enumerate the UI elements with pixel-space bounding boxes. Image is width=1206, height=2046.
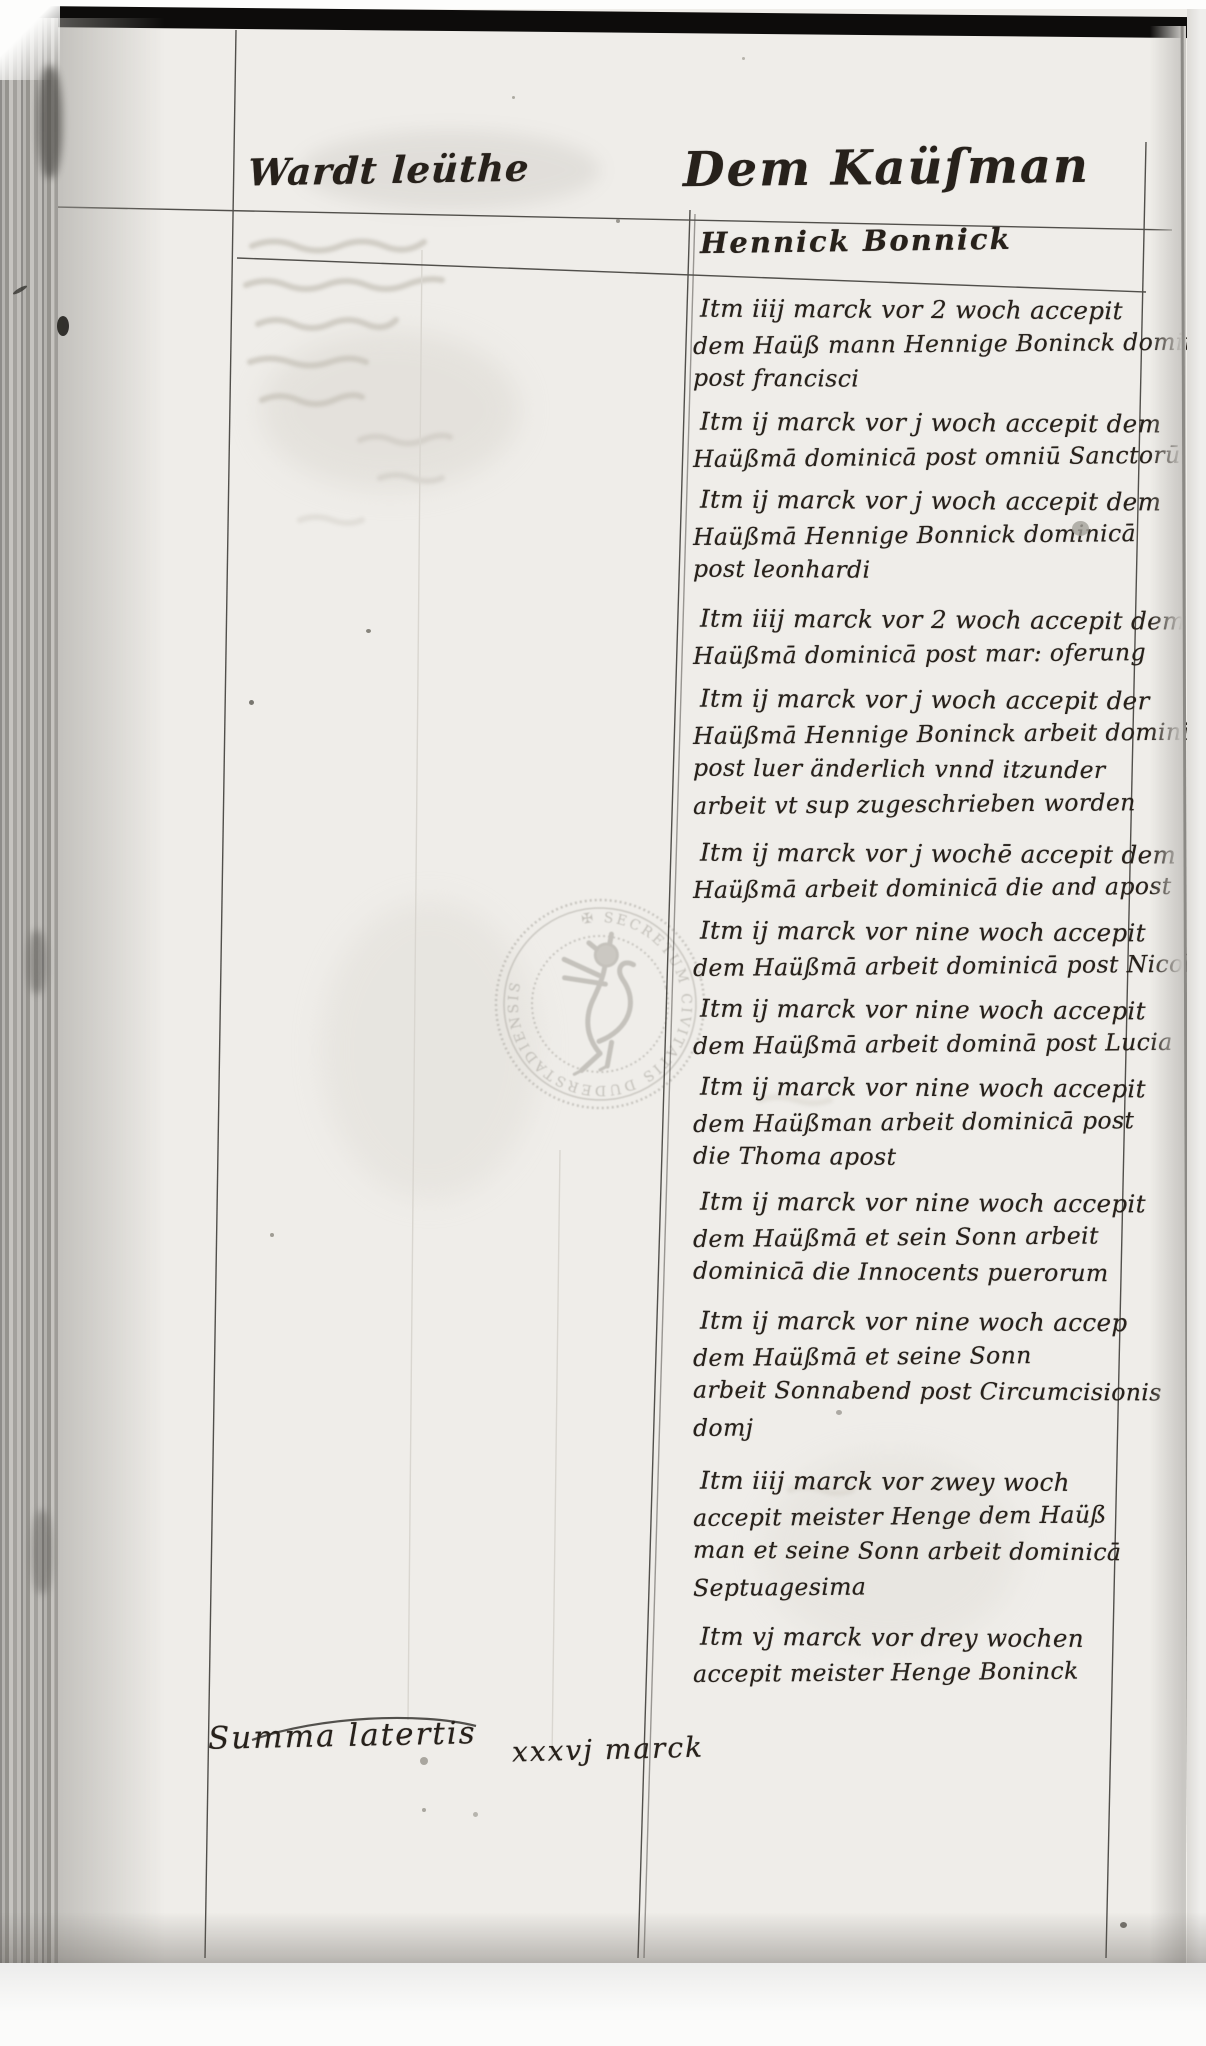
ledger-entry: Itm ij marck vor nine woch accepitdem Ha… xyxy=(693,992,1161,1062)
handwritten-line: Itm ij marck vor nine woch accepit xyxy=(693,1069,1161,1107)
scan-background-bottom xyxy=(0,1963,1206,2046)
dust-speck xyxy=(270,1233,274,1237)
handwritten-line: Haüßmā Hennige Bonnick dominicā xyxy=(693,516,1161,555)
dust-speck xyxy=(422,1808,426,1812)
handwritten-line: dem Haüß mann Hennige Boninck domin xyxy=(693,325,1161,364)
dust-speck xyxy=(512,96,515,99)
handwritten-line: post francisci xyxy=(693,361,1161,399)
ledger-entry: Itm iiij marck vor 2 woch accepitdem Haü… xyxy=(693,292,1161,397)
handwritten-line: dem Haüßmā arbeit dominicā post Nicol xyxy=(693,947,1161,986)
handwritten-line: Haüßmā dominicā post mar: oferung xyxy=(693,635,1161,674)
dust-speck xyxy=(249,700,254,705)
lion-emblem xyxy=(544,931,657,1076)
ledger-entry: Itm iiij marck vor 2 woch accepit demHaü… xyxy=(693,602,1161,672)
page-bottom-shadow xyxy=(0,1912,1206,1964)
dust-speck xyxy=(1120,1922,1127,1928)
handwritten-line: Itm iiij marck vor 2 woch accepit dem xyxy=(693,601,1161,639)
handwritten-line: Itm ij marck vor j woch accepit der xyxy=(693,681,1161,719)
gutter-shadow xyxy=(1150,26,1186,1966)
subheader-name: Hennick Bonnick xyxy=(700,222,1012,260)
ledger-entry: Itm iiij marck vor zwey wochaccepit meis… xyxy=(693,1464,1161,1604)
ledger-entry: Itm ij marck vor j wochē accepit demHaüß… xyxy=(693,836,1161,906)
dust-speck xyxy=(742,57,745,60)
handwritten-line: domj xyxy=(693,1407,1161,1446)
handwritten-line: post luer änderlich vnnd itzunder xyxy=(693,751,1161,789)
handwritten-line: dominicā die Innocents puerorum xyxy=(693,1254,1161,1292)
ledger-entry: Itm ij marck vor nine woch accepitdem Ha… xyxy=(693,1185,1161,1290)
dust-speck xyxy=(1072,521,1089,536)
ledger-entry: Itm ij marck vor j woch accepit derHaüßm… xyxy=(693,682,1161,822)
left-margin-rule xyxy=(205,30,236,1958)
handwritten-line: Itm ij marck vor j woch accepit dem xyxy=(693,404,1161,442)
next-page-sliver xyxy=(1187,9,1206,2046)
handwritten-line: Itm ij marck vor nine woch accepit xyxy=(693,913,1161,951)
handwritten-line: dem Haüßman arbeit dominicā post xyxy=(693,1103,1161,1142)
handwritten-line: dem Haüßmā et seine Sonn xyxy=(693,1337,1161,1376)
handwritten-line: accepit meister Henge dem Haüß xyxy=(693,1497,1161,1536)
header-right: Dem Kaüſman xyxy=(683,138,1090,198)
handwritten-line: Itm vj marck vor drey wochen xyxy=(693,1619,1161,1657)
ledger-entry: Itm ij marck vor nine woch accepitdem Ha… xyxy=(693,1070,1161,1175)
binding-stain xyxy=(38,66,62,178)
binding-stain xyxy=(32,1510,52,1594)
handwritten-line: Itm iiij marck vor zwey woch xyxy=(693,1463,1161,1501)
handwritten-line: die Thoma apost xyxy=(693,1139,1161,1177)
handwritten-line: arbeit Sonnabend post Circumcisionis xyxy=(693,1373,1161,1411)
handwritten-line: Septuagesima xyxy=(693,1567,1161,1606)
handwritten-line: post leonhardi xyxy=(693,552,1161,590)
paper-crease xyxy=(408,250,560,1760)
ledger-entry: Itm ij marck vor nine woch accepdem Haüß… xyxy=(693,1304,1161,1444)
dust-speck xyxy=(57,316,69,336)
header-left: Wardt leüthe xyxy=(247,146,531,195)
handwritten-line: Haüßmā Hennige Boninck arbeit dominicā xyxy=(693,715,1161,754)
handwritten-line: man et seine Sonn arbeit dominicā xyxy=(693,1533,1161,1571)
ledger-entry: Itm ij marck vor j woch accepit demHaüßm… xyxy=(693,405,1161,475)
dust-speck xyxy=(836,1410,842,1415)
handwritten-line: dem Haüßmā arbeit dominā post Lucia xyxy=(693,1025,1161,1064)
ledger-entry: Itm ij marck vor j woch accepit demHaüßm… xyxy=(693,483,1161,588)
seal-legend: ✠ SECRETUM CIVITATIS DUDERSTADIENSIS xyxy=(486,890,715,1119)
city-seal: ✠ SECRETUM CIVITATIS DUDERSTADIENSIS xyxy=(474,878,726,1130)
ledger-entries: Itm iiij marck vor 2 woch accepitdem Haü… xyxy=(693,292,1161,1690)
dust-speck xyxy=(616,219,620,223)
handwritten-line: Itm ij marck vor nine woch accep xyxy=(693,1303,1161,1341)
handwritten-line: Itm ij marck vor nine woch accepit xyxy=(693,1184,1161,1222)
ledger-entry: Itm vj marck vor drey wochenaccepit meis… xyxy=(693,1620,1161,1690)
binding-shadow xyxy=(54,18,184,1963)
binding-stain xyxy=(28,930,46,994)
handwritten-line: Itm ij marck vor j woch accepit dem xyxy=(693,482,1161,520)
page-scan: ✠ SECRETUM CIVITATIS DUDERSTADIENSIS xyxy=(0,0,1206,2046)
handwritten-line: Haüßmā arbeit dominicā die and apost xyxy=(693,869,1161,908)
handwritten-line: Haüßmā dominicā post omniū Sanctorū xyxy=(693,438,1161,477)
handwritten-line: dem Haüßmā et sein Sonn arbeit xyxy=(693,1218,1161,1257)
binding-edge xyxy=(0,18,58,1963)
dust-speck xyxy=(366,629,371,633)
dust-speck xyxy=(473,1812,478,1817)
handwritten-line: accepit meister Henge Boninck xyxy=(693,1653,1161,1692)
summary-amount: xxxvj marck xyxy=(512,1730,705,1768)
column-divider-2 xyxy=(644,214,695,1958)
handwritten-line: arbeit vt sup zugeschrieben worden xyxy=(693,785,1161,824)
summary-label: Summa latertis xyxy=(208,1715,477,1757)
handwritten-line: Itm ij marck vor nine woch accepit xyxy=(693,991,1161,1029)
ledger-entry: Itm ij marck vor nine woch accepitdem Ha… xyxy=(693,914,1161,984)
handwritten-line: Itm iiij marck vor 2 woch accepit xyxy=(693,291,1161,329)
dust-speck xyxy=(420,1757,428,1765)
handwritten-line: Itm ij marck vor j wochē accepit dem xyxy=(693,835,1161,873)
